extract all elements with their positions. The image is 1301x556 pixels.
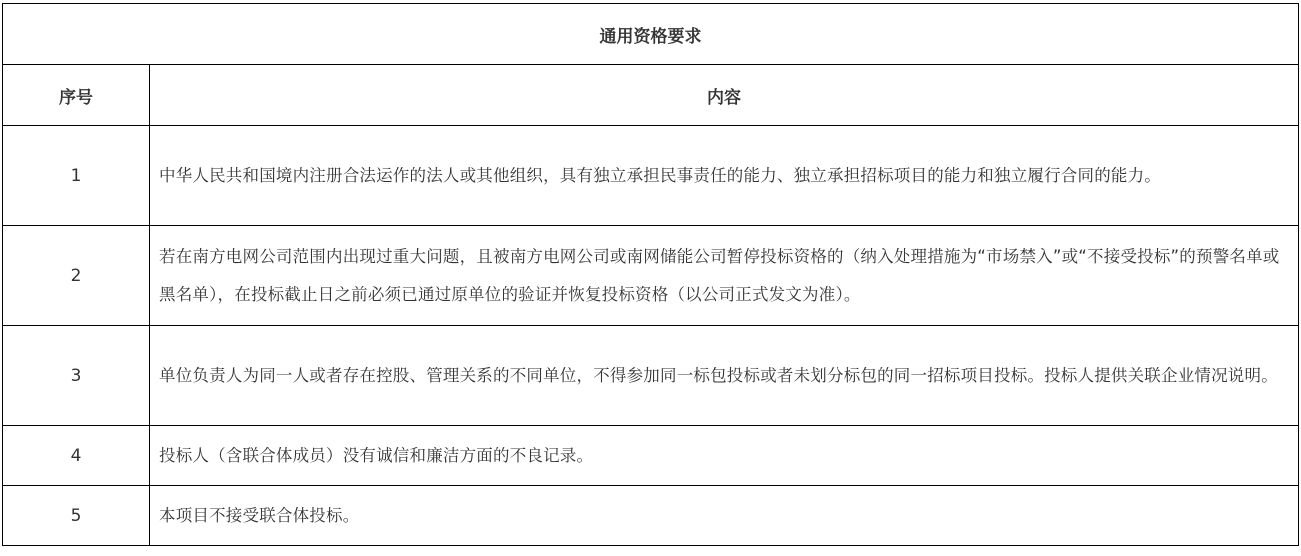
row-content: 中华人民共和国境内注册合法运作的法人或其他组织，具有独立承担民事责任的能力、独立… (150, 126, 1299, 226)
title-row: 通用资格要求 (3, 4, 1299, 65)
table-title: 通用资格要求 (3, 4, 1299, 65)
header-row: 序号 内容 (3, 65, 1299, 126)
row-content: 若在南方电网公司范围内出现过重大问题，且被南方电网公司或南网储能公司暂停投标资格… (150, 226, 1299, 326)
row-number: 5 (3, 486, 150, 546)
table-row: 3 单位负责人为同一人或者存在控股、管理关系的不同单位，不得参加同一标包投标或者… (3, 326, 1299, 426)
qualification-requirements-table: 通用资格要求 序号 内容 1 中华人民共和国境内注册合法运作的法人或其他组织，具… (2, 3, 1299, 546)
table-row: 1 中华人民共和国境内注册合法运作的法人或其他组织，具有独立承担民事责任的能力、… (3, 126, 1299, 226)
header-number: 序号 (3, 65, 150, 126)
table-row: 5 本项目不接受联合体投标。 (3, 486, 1299, 546)
row-number: 2 (3, 226, 150, 326)
row-number: 1 (3, 126, 150, 226)
row-content: 单位负责人为同一人或者存在控股、管理关系的不同单位，不得参加同一标包投标或者未划… (150, 326, 1299, 426)
row-content: 投标人（含联合体成员）没有诚信和廉洁方面的不良记录。 (150, 426, 1299, 486)
header-content: 内容 (150, 65, 1299, 126)
table-row: 2 若在南方电网公司范围内出现过重大问题，且被南方电网公司或南网储能公司暂停投标… (3, 226, 1299, 326)
row-number: 4 (3, 426, 150, 486)
row-number: 3 (3, 326, 150, 426)
table-row: 4 投标人（含联合体成员）没有诚信和廉洁方面的不良记录。 (3, 426, 1299, 486)
row-content: 本项目不接受联合体投标。 (150, 486, 1299, 546)
